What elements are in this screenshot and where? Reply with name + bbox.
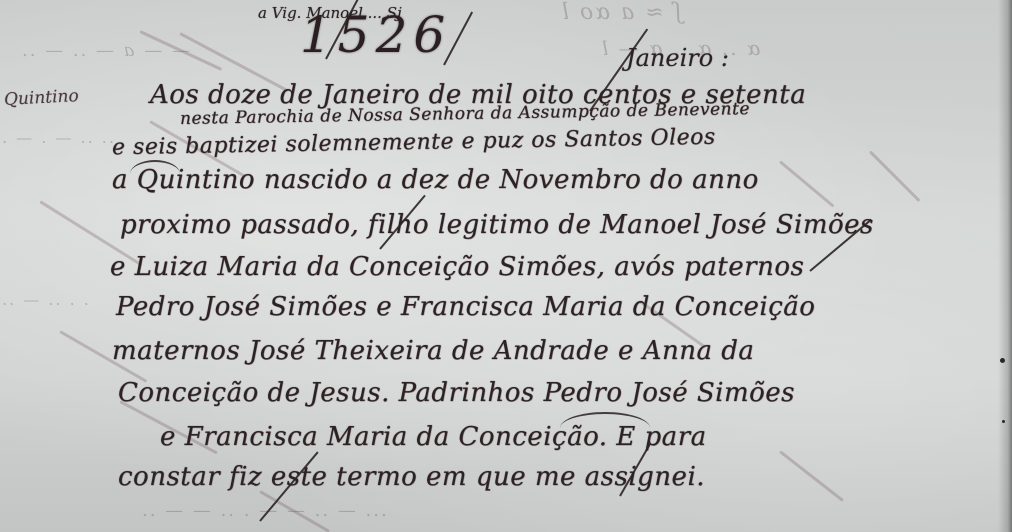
text-line-5: proximo passado, filho legitimo de Manoe… bbox=[120, 210, 874, 240]
text-line-4: a Quintino nascido a dez de Novembro do … bbox=[112, 165, 759, 195]
margin-name: Quintino bbox=[4, 86, 80, 110]
bleed-through-text: .. .. — . — . bbox=[0, 128, 114, 147]
month-heading: Janeiro : bbox=[626, 44, 729, 72]
bleed-through-text: . . .. — .. bbox=[0, 290, 89, 309]
page-edge-shadow bbox=[998, 0, 1012, 532]
text-line-8: maternos José Theixeira de Andrade e Ann… bbox=[112, 336, 754, 366]
manuscript-page: — — a — .. — .. .. .. — . — . . . .. — .… bbox=[0, 0, 1012, 532]
entry-number: 1526 bbox=[300, 6, 451, 64]
bleed-through-text: ʃ ≈ a ɑo l bbox=[560, 0, 681, 25]
bleed-through-stroke bbox=[779, 450, 844, 502]
capital-flourish bbox=[560, 412, 650, 444]
text-line-7: Pedro José Simões e Francisca Maria da C… bbox=[116, 292, 815, 322]
capital-flourish bbox=[130, 160, 180, 188]
text-line-9: Conceição de Jesus. Padrinhos Pedro José… bbox=[118, 378, 795, 408]
bleed-through-stroke bbox=[779, 160, 835, 207]
text-line-3: e seis baptizei solemnemente e puz os Sa… bbox=[112, 125, 716, 161]
text-line-11: constar fiz este termo em que me assigne… bbox=[118, 462, 705, 492]
bleed-through-stroke bbox=[869, 150, 921, 202]
text-line-6: e Luiza Maria da Conceição Simões, avós … bbox=[110, 252, 804, 282]
